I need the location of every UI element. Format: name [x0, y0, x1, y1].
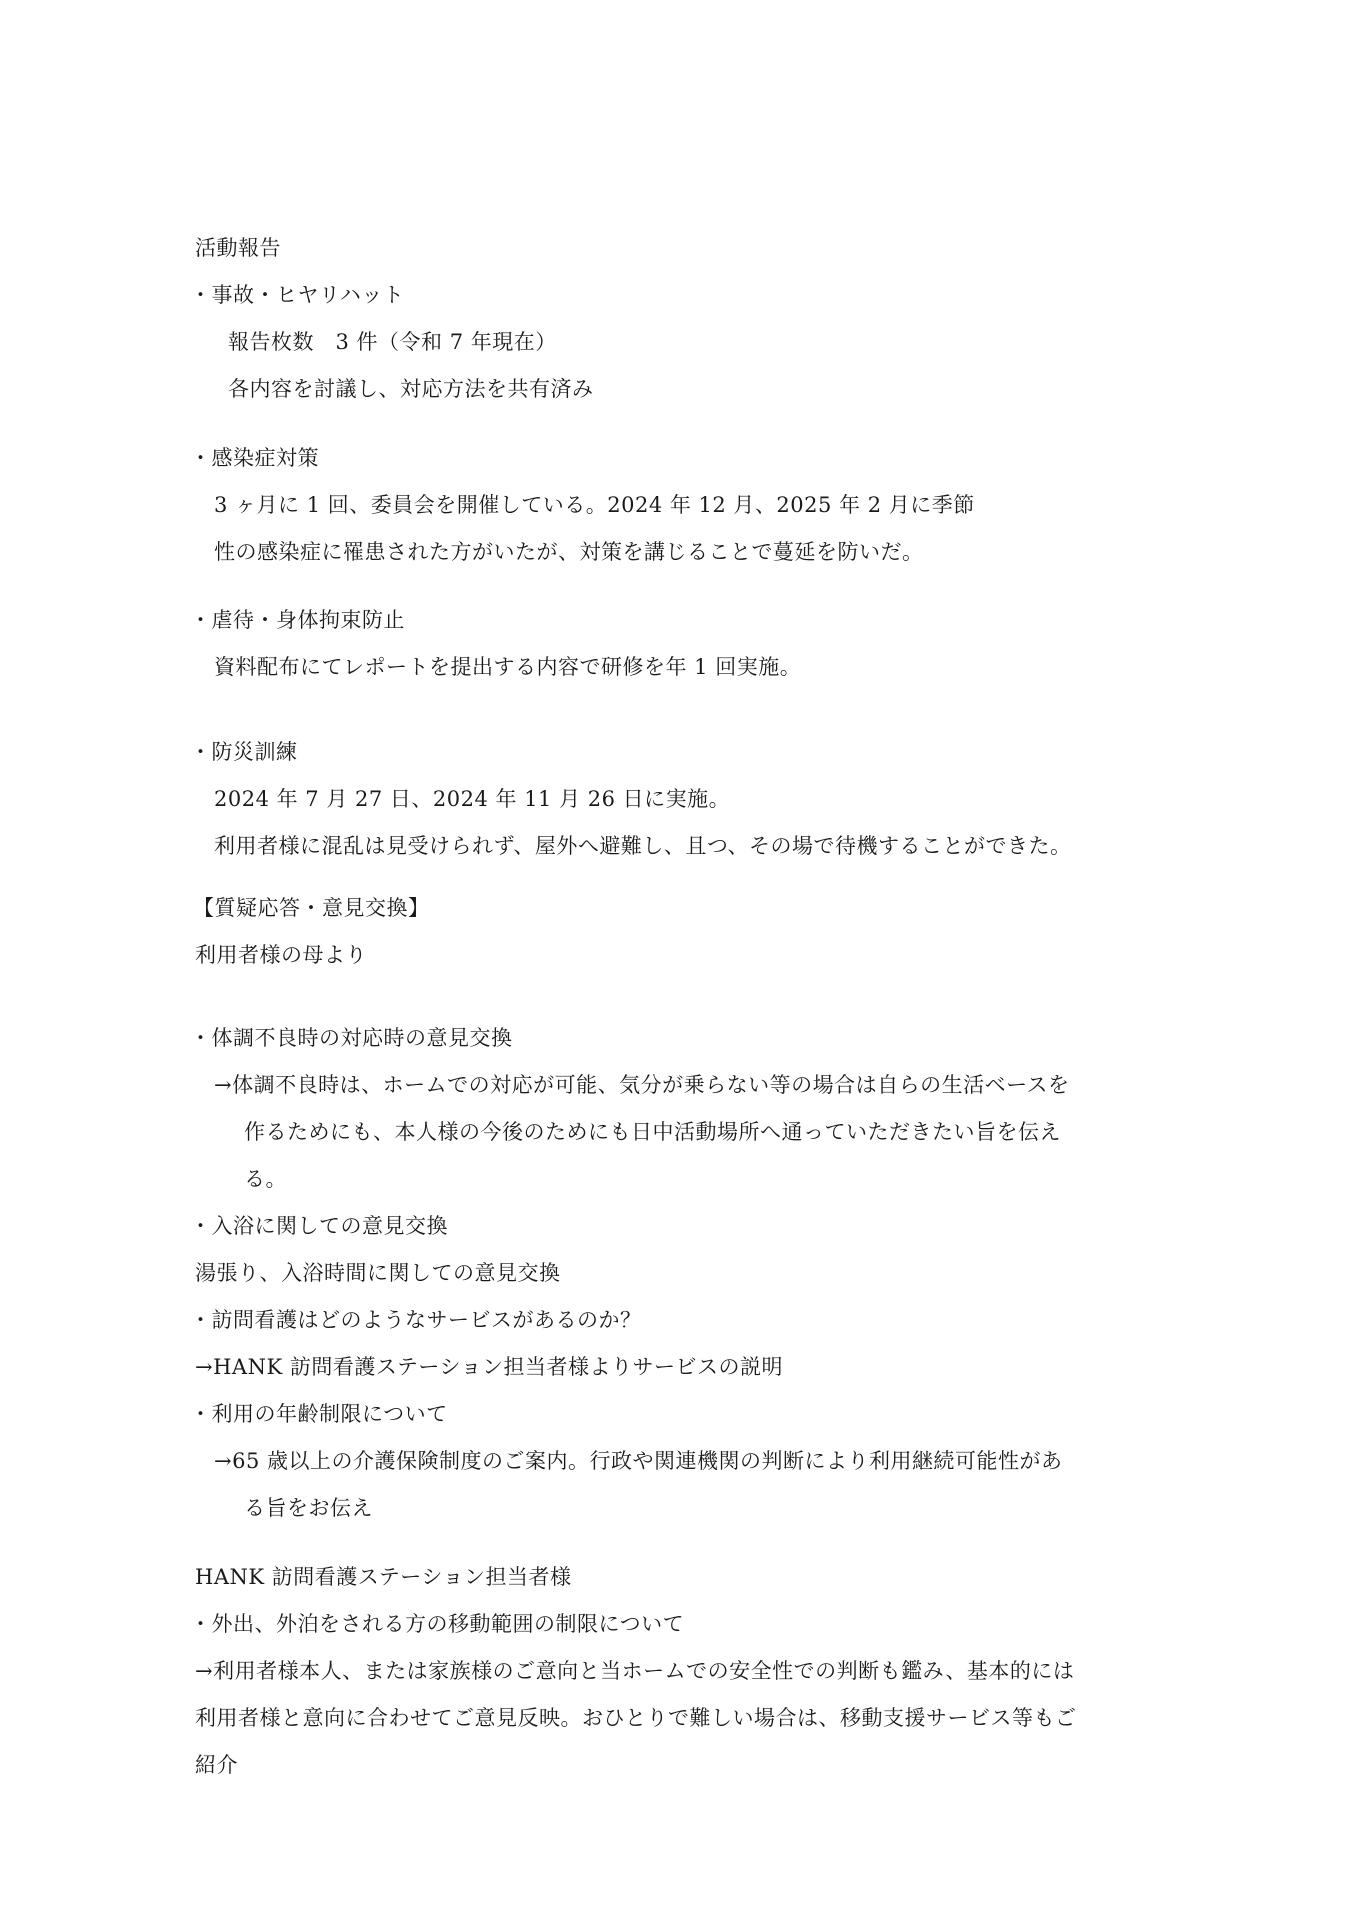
mother-line: 湯張り、入浴時間に関しての意見交換 [195, 1258, 561, 1288]
mother-line: ・入浴に関しての意見交換 [190, 1211, 448, 1241]
mother-line: →65 歳以上の介護保険制度のご案内。行政や関連機関の判断により利用継続可能性が… [214, 1446, 1063, 1476]
accident-line: 各内容を討議し、対応方法を共有済み [228, 374, 594, 404]
document-page: 活動報告 ・事故・ヒヤリハット 報告枚数 3 件（令和 7 年現在） 各内容を討… [0, 0, 1357, 1920]
disaster-line: 利用者様に混乱は見受けられず、屋外へ避難し、且つ、その場で待機することができた。 [214, 831, 1071, 861]
hank-line: 紹介 [195, 1750, 238, 1780]
hank-line: ・外出、外泊をされる方の移動範囲の制限について [190, 1609, 684, 1639]
mother-line: ・訪問看護はどのようなサービスがあるのか？ [190, 1305, 642, 1335]
heading-hank: HANK 訪問看護ステーション担当者様 [195, 1562, 571, 1592]
mother-line: →体調不良時は、ホームでの対応が可能、気分が乗らない等の場合は自らの生活ベースを [214, 1070, 1070, 1100]
heading-disaster: ・防災訓練 [190, 737, 298, 767]
section-title-activity-report: 活動報告 [195, 233, 281, 263]
mother-line: 作るためにも、本人様の今後のためにも日中活動場所へ通っていただきたい旨を伝え [244, 1117, 1061, 1147]
mother-line: る旨をお伝え [244, 1493, 373, 1523]
mother-line: →HANK 訪問看護ステーション担当者様よりサービスの説明 [195, 1352, 783, 1382]
heading-abuse: ・虐待・身体拘束防止 [190, 605, 405, 635]
heading-accident: ・事故・ヒヤリハット [190, 280, 404, 310]
section-title-qa: 【質疑応答・意見交換】 [193, 893, 430, 923]
infection-line: 3 ヶ月に 1 回、委員会を開催している。2024 年 12 月、2025 年 … [214, 490, 975, 520]
mother-line: ・利用の年齢制限について [190, 1399, 448, 1429]
infection-line: 性の感染症に罹患された方がいたが、対策を講じることで蔓延を防いだ。 [214, 537, 924, 567]
mother-line: ・体調不良時の対応時の意見交換 [190, 1023, 513, 1053]
disaster-line: 2024 年 7 月 27 日、2024 年 11 月 26 日に実施。 [214, 784, 730, 814]
hank-line: →利用者様本人、または家族様のご意向と当ホームでの安全性での判断も鑑み、基本的に… [195, 1656, 1074, 1686]
abuse-line: 資料配布にてレポートを提出する内容で研修を年 1 回実施。 [214, 652, 801, 682]
hank-line: 利用者様と意向に合わせてご意見反映。おひとりで難しい場合は、移動支援サービス等も… [195, 1703, 1077, 1733]
heading-infection: ・感染症対策 [190, 443, 319, 473]
accident-line: 報告枚数 3 件（令和 7 年現在） [228, 327, 557, 357]
heading-mother: 利用者様の母より [195, 940, 367, 970]
mother-line: る。 [244, 1164, 287, 1194]
